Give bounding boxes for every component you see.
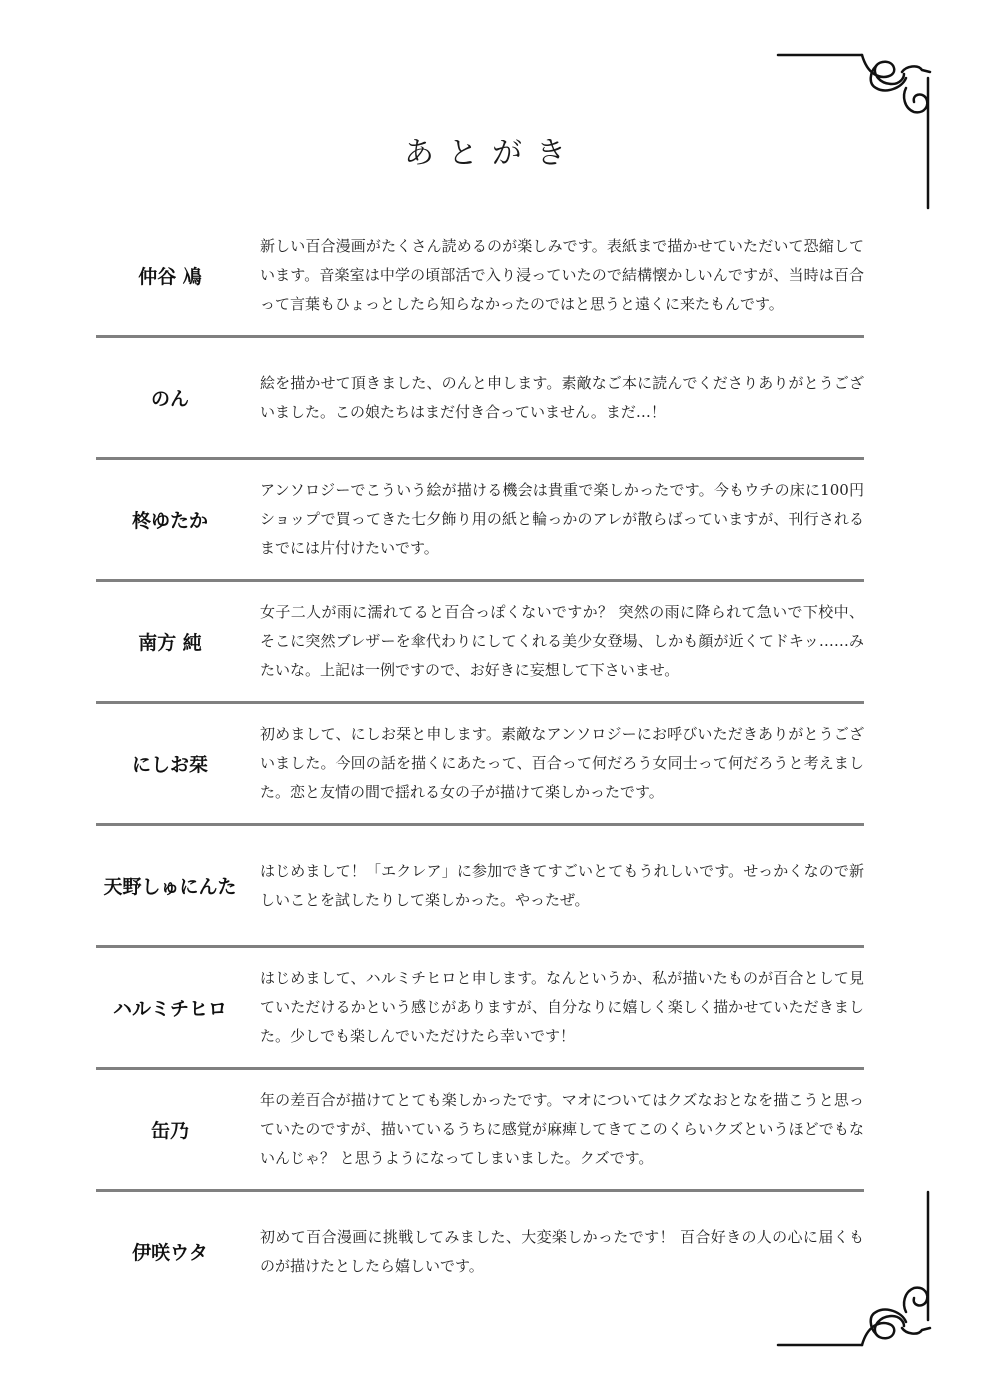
contributor-message: 年の差百合が描けてとても楽しかったです。マオについてはクズなおとなを描こうと思っ… [260,1070,864,1189]
message-text: はじめまして、ハルミチヒロと申します。なんというか、私が描いたものが百合として見… [260,964,864,1051]
contributor-entry: のん 絵を描かせて頂きました、のんと申します。素敵なご本に読んでくださりありがと… [96,338,864,460]
contributor-message: 初めて百合漫画に挑戦してみました、大変楽しかったです！ 百合好きの人の心に届くも… [260,1192,864,1311]
contributor-list: 仲谷 鳰 新しい百合漫画がたくさん読めるのが楽しみです。表紙まで描かせていただい… [96,216,864,1314]
message-text: 初めて百合漫画に挑戦してみました、大変楽しかったです！ 百合好きの人の心に届くも… [260,1223,864,1281]
contributor-entry: にしお栞 初めまして、にしお栞と申します。素敵なアンソロジーにお呼びいただきあり… [96,704,864,826]
contributor-entry: 缶乃 年の差百合が描けてとても楽しかったです。マオについてはクズなおとなを描こう… [96,1070,864,1192]
contributor-message: 初めまして、にしお栞と申します。素敵なアンソロジーにお呼びいただきありがとうござ… [260,704,864,823]
afterword-page: あとがき 仲谷 鳰 新しい百合漫画がたくさん読めるのが楽しみです。表紙まで描かせ… [0,0,984,1400]
contributor-name: 仲谷 鳰 [96,216,244,335]
contributor-name: 天野しゅにんた [96,826,244,945]
contributor-name: 柊ゆたか [96,460,244,579]
contributor-entry: 仲谷 鳰 新しい百合漫画がたくさん読めるのが楽しみです。表紙まで描かせていただい… [96,216,864,338]
contributor-message: 女子二人が雨に濡れてると百合っぽくないですか？ 突然の雨に降られて急いで下校中、… [260,582,864,701]
contributor-name: 伊咲ウタ [96,1192,244,1311]
contributor-entry: ハルミチヒロ はじめまして、ハルミチヒロと申します。なんというか、私が描いたもの… [96,948,864,1070]
message-text: 絵を描かせて頂きました、のんと申します。素敵なご本に読んでくださりありがとうござ… [260,369,864,427]
contributor-name: ハルミチヒロ [96,948,244,1067]
corner-ornament-top-right-icon [776,48,936,210]
contributor-message: 絵を描かせて頂きました、のんと申します。素敵なご本に読んでくださりありがとうござ… [260,338,864,457]
contributor-entry: 伊咲ウタ 初めて百合漫画に挑戦してみました、大変楽しかったです！ 百合好きの人の… [96,1192,864,1314]
message-text: 女子二人が雨に濡れてると百合っぽくないですか？ 突然の雨に降られて急いで下校中、… [260,598,864,685]
contributor-name: のん [96,338,244,457]
message-text: 初めまして、にしお栞と申します。素敵なアンソロジーにお呼びいただきありがとうござ… [260,720,864,807]
contributor-message: はじめまして！「エクレア」に参加できてすごいとてもうれしいです。せっかくなので新… [260,826,864,945]
contributor-entry: 南方 純 女子二人が雨に濡れてると百合っぽくないですか？ 突然の雨に降られて急い… [96,582,864,704]
contributor-name: 南方 純 [96,582,244,701]
contributor-entry: 天野しゅにんた はじめまして！「エクレア」に参加できてすごいとてもうれしいです。… [96,826,864,948]
message-text: 年の差百合が描けてとても楽しかったです。マオについてはクズなおとなを描こうと思っ… [260,1086,864,1173]
message-text: はじめまして！「エクレア」に参加できてすごいとてもうれしいです。せっかくなので新… [260,857,864,915]
message-text: アンソロジーでこういう絵が描ける機会は貴重で楽しかったです。今もウチの床に100… [260,476,864,563]
contributor-message: 新しい百合漫画がたくさん読めるのが楽しみです。表紙まで描かせていただいて恐縮して… [260,216,864,335]
contributor-entry: 柊ゆたか アンソロジーでこういう絵が描ける機会は貴重で楽しかったです。今もウチの… [96,460,864,582]
contributor-message: はじめまして、ハルミチヒロと申します。なんというか、私が描いたものが百合として見… [260,948,864,1067]
message-text: 新しい百合漫画がたくさん読めるのが楽しみです。表紙まで描かせていただいて恐縮して… [260,232,864,319]
contributor-name: にしお栞 [96,704,244,823]
contributor-message: アンソロジーでこういう絵が描ける機会は貴重で楽しかったです。今もウチの床に100… [260,460,864,579]
contributor-name: 缶乃 [96,1070,244,1189]
